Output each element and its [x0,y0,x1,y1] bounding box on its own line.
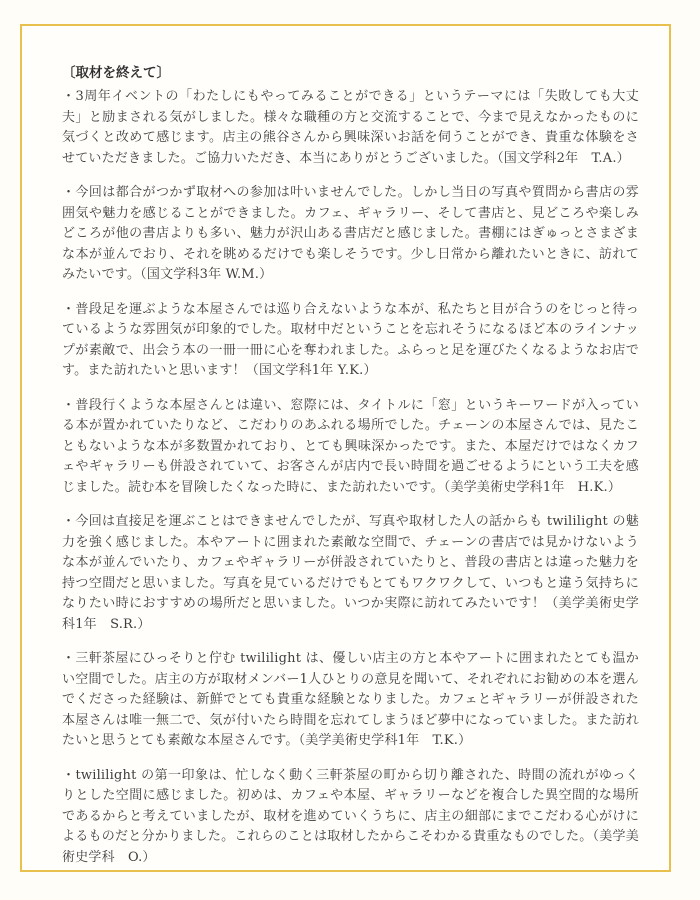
reflection-text: ・twililight の第一印象は、忙しなく動く三軒茶屋の町から切り離された、… [62,768,639,845]
reflection-attribution: （国文学科2年 T.A.） [497,151,630,166]
section-heading: 〔取材を終えて〕 [62,63,639,84]
document-body: 〔取材を終えて〕 ・3周年イベントの「わたしにもやってみることができる」というテ… [62,63,639,868]
reflection-paragraph: ・普段行くような本屋さんとは違い、窓際には、タイトルに「窓」というキーワードが入… [62,396,639,499]
reflection-paragraph: ・今回は都合がつかず取材への参加は叶いませんでした。しかし当日の写真や質問から書… [62,183,639,286]
reflection-attribution: （国文学科3年 W.M.） [140,267,272,282]
reflection-attribution: （美学美術史学科1年 H.K.） [444,480,621,495]
reflection-paragraph: ・普段足を運ぶような本屋さんでは巡り合えないような本が、私たちと目が合うのをじっ… [62,300,639,382]
reflection-paragraph: ・twililight の第一印象は、忙しなく動く三軒茶屋の町から切り離された、… [62,766,639,869]
reflection-paragraph: ・3周年イベントの「わたしにもやってみることができる」というテーマには「失敗して… [62,87,639,169]
document-page: 〔取材を終えて〕 ・3周年イベントの「わたしにもやってみることができる」というテ… [0,0,700,900]
reflection-paragraph: ・三軒茶屋にひっそりと佇む twililight は、優しい店主の方と本やアート… [62,649,639,752]
reflection-paragraph: ・今回は直接足を運ぶことはできませんでしたが、写真や取材した人の話からも twi… [62,512,639,635]
reflection-attribution: （美学美術史学科1年 T.K.） [299,733,472,748]
reflection-attribution: （国文学科1年 Y.K.） [246,363,377,378]
